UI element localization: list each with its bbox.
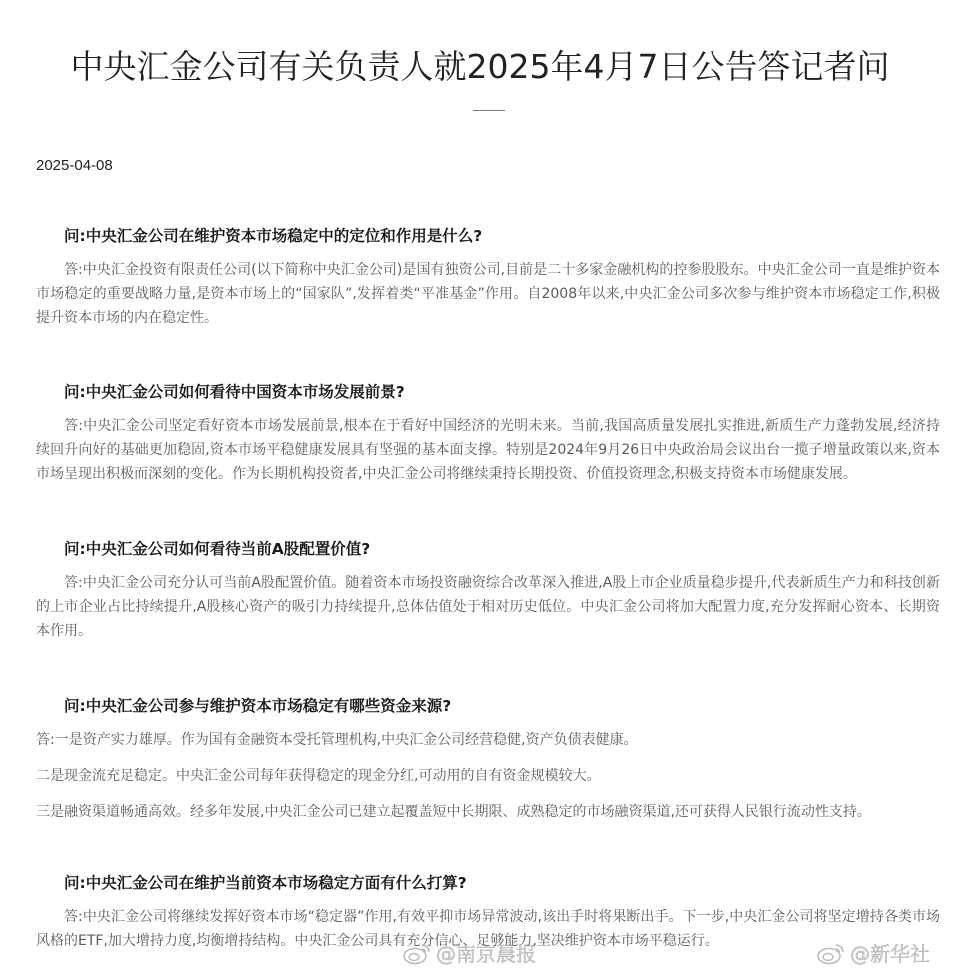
answer-1: 答:中央汇金投资有限责任公司(以下简称中央汇金公司)是国有独资公司,目前是二十多… — [36, 258, 940, 330]
weibo-icon — [816, 941, 846, 965]
watermark-nanjing-morning-post: @南京晨报 — [402, 938, 536, 967]
question-1: 问:中央汇金公司在维护资本市场稳定中的定位和作用是什么? — [64, 224, 940, 248]
title-divider — [473, 110, 505, 111]
question-3: 问:中央汇金公司如何看待当前A股配置价值? — [64, 537, 940, 561]
qa-section-1: 问:中央汇金公司在维护资本市场稳定中的定位和作用是什么? 答:中央汇金投资有限责… — [36, 224, 940, 330]
answer-4-part-1: 答:一是资产实力雄厚。作为国有金融资本受托管理机构,中央汇金公司经营稳健,资产负… — [36, 728, 940, 752]
watermark-text: @南京晨报 — [436, 938, 536, 967]
qa-section-4: 问:中央汇金公司参与维护资本市场稳定有哪些资金来源? 答:一是资产实力雄厚。作为… — [36, 694, 940, 824]
qa-section-2: 问:中央汇金公司如何看待中国资本市场发展前景? 答:中央汇金公司坚定看好资本市场… — [36, 380, 940, 486]
answer-2: 答:中央汇金公司坚定看好资本市场发展前景,根本在于看好中国经济的光明未来。当前,… — [36, 414, 940, 486]
qa-section-3: 问:中央汇金公司如何看待当前A股配置价值? 答:中央汇金公司充分认可当前A股配置… — [36, 537, 940, 643]
answer-4-part-3: 三是融资渠道畅通高效。经多年发展,中央汇金公司已建立起覆盖短中长期限、成熟稳定的… — [36, 800, 940, 824]
publish-date: 2025-04-08 — [36, 157, 113, 174]
watermark-xinhua: @新华社 — [816, 938, 930, 967]
question-5: 问:中央汇金公司在维护当前资本市场稳定方面有什么打算? — [64, 871, 940, 895]
question-2: 问:中央汇金公司如何看待中国资本市场发展前景? — [64, 380, 940, 404]
question-4: 问:中央汇金公司参与维护资本市场稳定有哪些资金来源? — [64, 694, 940, 718]
article-title: 中央汇金公司有关负责人就2025年4月7日公告答记者问 — [0, 44, 960, 90]
answer-4-part-2: 二是现金流充足稳定。中央汇金公司每年获得稳定的现金分红,可动用的自有资金规模较大… — [36, 764, 940, 788]
watermark-text: @新华社 — [850, 938, 930, 967]
weibo-icon — [402, 941, 432, 965]
answer-3: 答:中央汇金公司充分认可当前A股配置价值。随着资本市场投资融资综合改革深入推进,… — [36, 571, 940, 643]
